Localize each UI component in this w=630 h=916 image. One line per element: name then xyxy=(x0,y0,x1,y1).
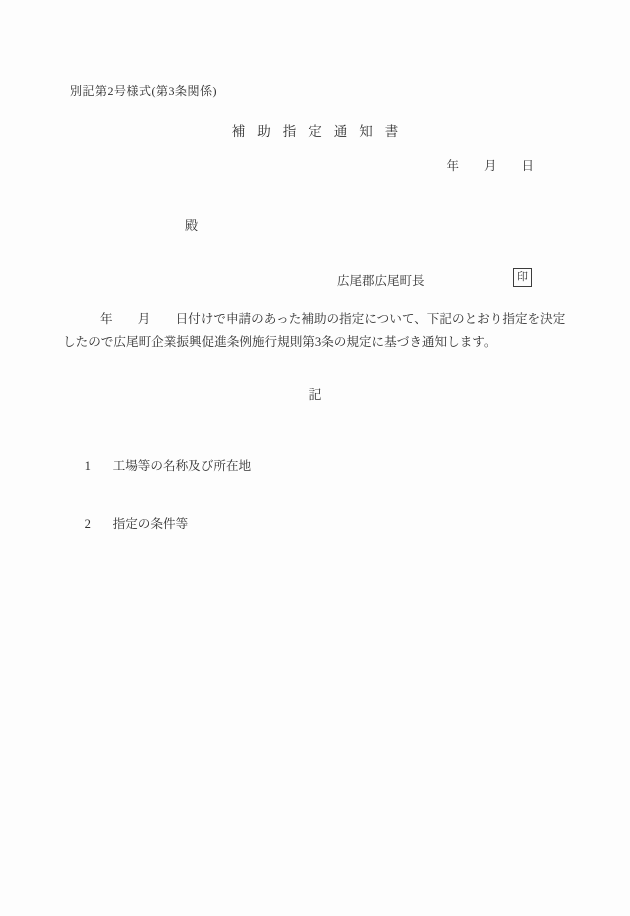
form-number: 別記第2号様式(第3条関係) xyxy=(70,82,217,99)
body-paragraph: 年 月 日付けで申請のあった補助の指定について、下記のとおり指定を決定 したので… xyxy=(63,308,569,354)
document-page: 別記第2号様式(第3条関係) 補助指定通知書 年 月 日 殿 広尾郡広尾町長 印… xyxy=(0,0,630,916)
seal-box: 印 xyxy=(513,268,532,287)
list-item-1-text: 工場等の名称及び所在地 xyxy=(113,459,252,473)
list-item-2-text: 指定の条件等 xyxy=(113,517,189,531)
body-line-2: したので広尾町企業振興促進条例施行規則第3条の規定に基づき通知します。 xyxy=(63,331,569,354)
list-item-1-number: 1 xyxy=(85,459,113,474)
addressee-honorific: 殿 xyxy=(185,215,198,234)
seal-label: 印 xyxy=(517,272,528,283)
date-line: 年 月 日 xyxy=(446,156,534,174)
record-heading: 記 xyxy=(0,384,630,403)
body-line-1: 年 月 日付けで申請のあった補助の指定について、下記のとおり指定を決定 xyxy=(63,308,569,331)
document-title: 補助指定通知書 xyxy=(0,120,630,140)
list-item-2: 2指定の条件等 xyxy=(72,498,188,547)
sender-title: 広尾郡広尾町長 xyxy=(337,271,425,289)
list-item-1: 1工場等の名称及び所在地 xyxy=(72,440,251,489)
list-item-2-number: 2 xyxy=(85,517,113,532)
